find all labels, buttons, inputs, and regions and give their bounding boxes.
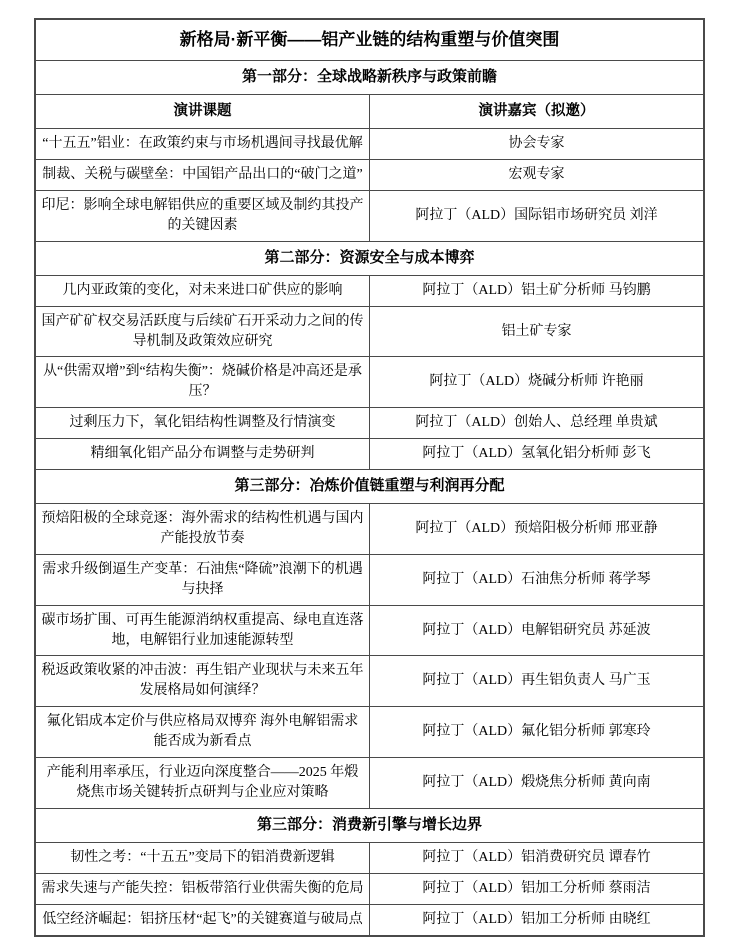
table-row: 制裁、关税与碳壁垒：中国铝产品出口的“破门之道”宏观专家 bbox=[35, 159, 704, 190]
speaker-cell: 阿拉丁（ALD）煅烧焦分析师 黄向南 bbox=[370, 757, 705, 808]
topic-cell: 低空经济崛起：铝挤压材“起飞”的关键赛道与破局点 bbox=[35, 904, 370, 935]
topic-cell: 过剩压力下，氧化铝结构性调整及行情演变 bbox=[35, 408, 370, 439]
agenda-table: 新格局·新平衡——铝产业链的结构重塑与价值突围第一部分：全球战略新秩序与政策前瞻… bbox=[34, 18, 705, 937]
topic-cell: 氟化铝成本定价与供应格局双博弈 海外电解铝需求能否成为新看点 bbox=[35, 707, 370, 758]
topic-cell: 需求失速与产能失控：铝板带箔行业供需失衡的危局 bbox=[35, 873, 370, 904]
topic-cell: 制裁、关税与碳壁垒：中国铝产品出口的“破门之道” bbox=[35, 159, 370, 190]
table-row: 印尼：影响全球电解铝供应的重要区域及制约其投产的关键因素阿拉丁（ALD）国际铝市… bbox=[35, 190, 704, 241]
table-row: 氟化铝成本定价与供应格局双博弈 海外电解铝需求能否成为新看点阿拉丁（ALD）氟化… bbox=[35, 707, 704, 758]
table-row: 韧性之考：“十五五”变局下的铝消费新逻辑阿拉丁（ALD）铝消费研究员 谭春竹 bbox=[35, 843, 704, 874]
topic-cell: 国产矿矿权交易活跃度与后续矿石开采动力之间的传导机制及政策效应研究 bbox=[35, 306, 370, 357]
table-row: 需求失速与产能失控：铝板带箔行业供需失衡的危局阿拉丁（ALD）铝加工分析师 蔡雨… bbox=[35, 873, 704, 904]
speaker-cell: 阿拉丁（ALD）氢氧化铝分析师 彭飞 bbox=[370, 439, 705, 470]
table-row: 预焙阳极的全球竞逐：海外需求的结构性机遇与国内产能投放节奏阿拉丁（ALD）预焙阳… bbox=[35, 504, 704, 555]
section-header: 第二部分：资源安全与成本博弈 bbox=[35, 241, 704, 275]
section-header: 第三部分：冶炼价值链重塑与利润再分配 bbox=[35, 469, 704, 503]
section-header: 第三部分：消费新引擎与增长边界 bbox=[35, 808, 704, 842]
speaker-cell: 阿拉丁（ALD）石油焦分析师 蒋学琴 bbox=[370, 554, 705, 605]
speaker-cell: 阿拉丁（ALD）氟化铝分析师 郭寒玲 bbox=[370, 707, 705, 758]
speaker-cell: 阿拉丁（ALD）铝加工分析师 由晓红 bbox=[370, 904, 705, 935]
table-row: 税返政策收紧的冲击波：再生铝产业现状与未来五年发展格局如何演绎？阿拉丁（ALD）… bbox=[35, 656, 704, 707]
column-header-topic: 演讲课题 bbox=[35, 95, 370, 129]
topic-cell: 预焙阳极的全球竞逐：海外需求的结构性机遇与国内产能投放节奏 bbox=[35, 504, 370, 555]
table-row: 需求升级倒逼生产变革：石油焦“降硫”浪潮下的机遇与抉择阿拉丁（ALD）石油焦分析… bbox=[35, 554, 704, 605]
speaker-cell: 阿拉丁（ALD）烧碱分析师 许艳丽 bbox=[370, 357, 705, 408]
speaker-cell: 阿拉丁（ALD）预焙阳极分析师 邢亚静 bbox=[370, 504, 705, 555]
topic-cell: 精细氧化铝产品分布调整与走势研判 bbox=[35, 439, 370, 470]
section-header-row: 第三部分：消费新引擎与增长边界 bbox=[35, 808, 704, 842]
agenda-table-body: 新格局·新平衡——铝产业链的结构重塑与价值突围第一部分：全球战略新秩序与政策前瞻… bbox=[35, 19, 704, 936]
speaker-cell: 协会专家 bbox=[370, 129, 705, 160]
speaker-cell: 宏观专家 bbox=[370, 159, 705, 190]
speaker-cell: 阿拉丁（ALD）铝加工分析师 蔡雨洁 bbox=[370, 873, 705, 904]
topic-cell: 韧性之考：“十五五”变局下的铝消费新逻辑 bbox=[35, 843, 370, 874]
topic-cell: 碳市场扩围、可再生能源消纳权重提高、绿电直连落地，电解铝行业加速能源转型 bbox=[35, 605, 370, 656]
section-header: 第一部分：全球战略新秩序与政策前瞻 bbox=[35, 61, 704, 95]
table-row: 几内亚政策的变化，对未来进口矿供应的影响阿拉丁（ALD）铝土矿分析师 马钧鹏 bbox=[35, 275, 704, 306]
table-row: 低空经济崛起：铝挤压材“起飞”的关键赛道与破局点阿拉丁（ALD）铝加工分析师 由… bbox=[35, 904, 704, 935]
topic-cell: 需求升级倒逼生产变革：石油焦“降硫”浪潮下的机遇与抉择 bbox=[35, 554, 370, 605]
table-row: “十五五”铝业：在政策约束与市场机遇间寻找最优解协会专家 bbox=[35, 129, 704, 160]
document-page: 新格局·新平衡——铝产业链的结构重塑与价值突围第一部分：全球战略新秩序与政策前瞻… bbox=[0, 0, 739, 838]
topic-cell: 印尼：影响全球电解铝供应的重要区域及制约其投产的关键因素 bbox=[35, 190, 370, 241]
section-header-row: 第二部分：资源安全与成本博弈 bbox=[35, 241, 704, 275]
table-row: 从“供需双增”到“结构失衡”：烧碱价格是冲高还是承压？阿拉丁（ALD）烧碱分析师… bbox=[35, 357, 704, 408]
topic-cell: 产能利用率承压，行业迈向深度整合——2025 年煅烧焦市场关键转折点研判与企业应… bbox=[35, 757, 370, 808]
speaker-cell: 阿拉丁（ALD）铝消费研究员 谭春竹 bbox=[370, 843, 705, 874]
topic-cell: 税返政策收紧的冲击波：再生铝产业现状与未来五年发展格局如何演绎？ bbox=[35, 656, 370, 707]
section-header-row: 第一部分：全球战略新秩序与政策前瞻 bbox=[35, 61, 704, 95]
table-row: 过剩压力下，氧化铝结构性调整及行情演变阿拉丁（ALD）创始人、总经理 单贵斌 bbox=[35, 408, 704, 439]
speaker-cell: 阿拉丁（ALD）国际铝市场研究员 刘洋 bbox=[370, 190, 705, 241]
topic-cell: 从“供需双增”到“结构失衡”：烧碱价格是冲高还是承压？ bbox=[35, 357, 370, 408]
speaker-cell: 阿拉丁（ALD）再生铝负责人 马广玉 bbox=[370, 656, 705, 707]
speaker-cell: 阿拉丁（ALD）电解铝研究员 苏延波 bbox=[370, 605, 705, 656]
speaker-cell: 铝土矿专家 bbox=[370, 306, 705, 357]
title-row: 新格局·新平衡——铝产业链的结构重塑与价值突围 bbox=[35, 19, 704, 61]
table-row: 碳市场扩围、可再生能源消纳权重提高、绿电直连落地，电解铝行业加速能源转型阿拉丁（… bbox=[35, 605, 704, 656]
column-header-row: 演讲课题演讲嘉宾（拟邀） bbox=[35, 95, 704, 129]
section-header-row: 第三部分：冶炼价值链重塑与利润再分配 bbox=[35, 469, 704, 503]
speaker-cell: 阿拉丁（ALD）创始人、总经理 单贵斌 bbox=[370, 408, 705, 439]
topic-cell: “十五五”铝业：在政策约束与市场机遇间寻找最优解 bbox=[35, 129, 370, 160]
table-row: 国产矿矿权交易活跃度与后续矿石开采动力之间的传导机制及政策效应研究铝土矿专家 bbox=[35, 306, 704, 357]
speaker-cell: 阿拉丁（ALD）铝土矿分析师 马钧鹏 bbox=[370, 275, 705, 306]
topic-cell: 几内亚政策的变化，对未来进口矿供应的影响 bbox=[35, 275, 370, 306]
table-row: 精细氧化铝产品分布调整与走势研判阿拉丁（ALD）氢氧化铝分析师 彭飞 bbox=[35, 439, 704, 470]
page-title: 新格局·新平衡——铝产业链的结构重塑与价值突围 bbox=[35, 19, 704, 61]
table-row: 产能利用率承压，行业迈向深度整合——2025 年煅烧焦市场关键转折点研判与企业应… bbox=[35, 757, 704, 808]
column-header-speaker: 演讲嘉宾（拟邀） bbox=[370, 95, 705, 129]
